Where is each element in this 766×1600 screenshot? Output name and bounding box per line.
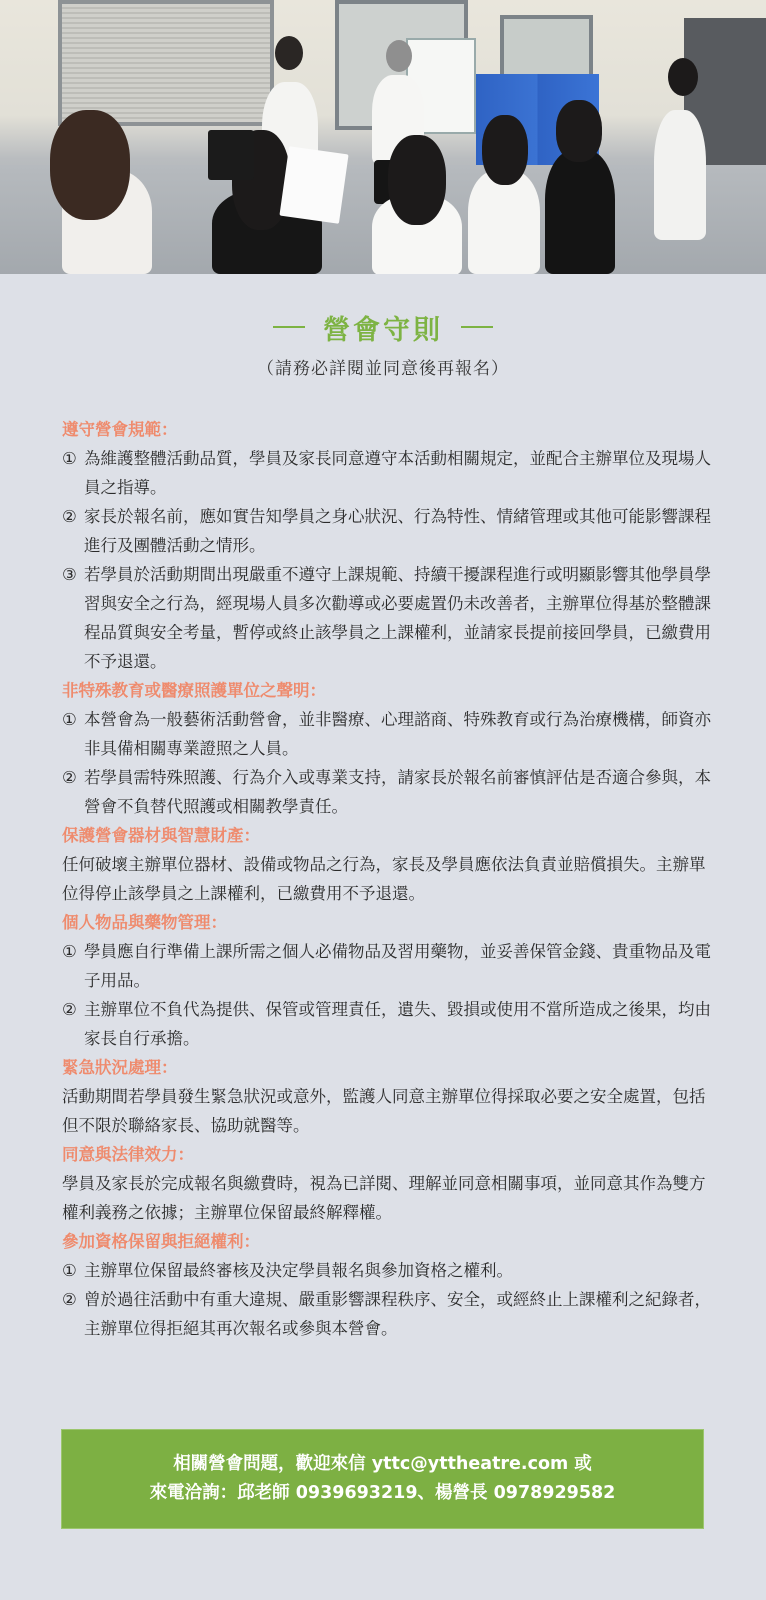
list-item: ② 主辦單位不負代為提供、保管或管理責任，遺失、毀損或使用不當所造成之後果，均由… <box>62 995 712 1053</box>
child-head <box>556 100 602 162</box>
child-figure <box>545 150 615 274</box>
page-subtitle: （請務必詳閱並同意後再報名） <box>0 354 766 379</box>
list-item: ① 學員應自行準備上課所需之個人必備物品及習用藥物，並妥善保管金錢、貴重物品及電… <box>62 937 712 995</box>
child-head <box>388 135 446 225</box>
item-number: ② <box>62 995 84 1053</box>
section-non-medical-statement: 非特殊教育或醫療照護單位之聲明： ① 本營會為一般藝術活動營會，並非醫療、心理諮… <box>62 676 712 821</box>
item-text: 曾於過往活動中有重大違規、嚴重影響課程秩序、安全，或經終止上課權利之紀錄者，主辦… <box>84 1285 712 1343</box>
section-heading: 同意與法律效力： <box>62 1140 712 1169</box>
section-paragraph: 任何破壞主辦單位器材、設備或物品之行為，家長及學員應依法負責並賠償損失。主辦單位… <box>62 850 712 908</box>
section-equipment-protection: 保護營會器材與智慧財產： 任何破壞主辦單位器材、設備或物品之行為，家長及學員應依… <box>62 821 712 908</box>
section-heading: 非特殊教育或醫療照護單位之聲明： <box>62 676 712 705</box>
child-figure <box>468 170 540 274</box>
item-text: 主辦單位不負代為提供、保管或管理責任，遺失、毀損或使用不當所造成之後果，均由家長… <box>84 995 712 1053</box>
section-heading: 個人物品與藥物管理： <box>62 908 712 937</box>
list-item: ① 為維護整體活動品質，學員及家長同意遵守本活動相關規定，並配合主辦單位及現場人… <box>62 444 712 502</box>
item-number: ③ <box>62 560 84 676</box>
section-personal-items: 個人物品與藥物管理： ① 學員應自行準備上課所需之個人必備物品及習用藥物，並妥善… <box>62 908 712 1053</box>
item-number: ② <box>62 763 84 821</box>
instructor-head <box>386 40 412 72</box>
item-text: 若學員於活動期間出現嚴重不遵守上課規範、持續干擾課程進行或明顯影響其他學員學習與… <box>84 560 712 676</box>
item-number: ② <box>62 1285 84 1343</box>
list-item: ③ 若學員於活動期間出現嚴重不遵守上課規範、持續干擾課程進行或明顯影響其他學員學… <box>62 560 712 676</box>
section-heading: 保護營會器材與智慧財產： <box>62 821 712 850</box>
item-number: ① <box>62 1256 84 1285</box>
section-heading: 參加資格保留與拒絕權利： <box>62 1227 712 1256</box>
section-paragraph: 活動期間若學員發生緊急狀況或意外，監護人同意主辦單位得採取必要之安全處置，包括但… <box>62 1082 712 1140</box>
title-dash-left <box>273 326 305 328</box>
item-text: 為維護整體活動品質，學員及家長同意遵守本活動相關規定，並配合主辦單位及現場人員之… <box>84 444 712 502</box>
list-item: ② 若學員需特殊照護、行為介入或專業支持，請家長於報名前審慎評估是否適合參與，本… <box>62 763 712 821</box>
list-item: ① 主辦單位保留最終審核及決定學員報名與參加資格之權利。 <box>62 1256 712 1285</box>
section-heading: 遵守營會規範： <box>62 415 712 444</box>
page-title: 營會守則 <box>273 310 493 344</box>
item-number: ② <box>62 502 84 560</box>
item-number: ① <box>62 705 84 763</box>
contact-line-phone[interactable]: 來電洽詢：邱老師 0939693219、楊營長 0978929582 <box>62 1479 703 1508</box>
page-title-text: 營會守則 <box>323 308 443 347</box>
item-number: ① <box>62 937 84 995</box>
item-text: 主辦單位保留最終審核及決定學員報名與參加資格之權利。 <box>84 1256 712 1285</box>
list-item: ① 本營會為一般藝術活動營會，並非醫療、心理諮商、特殊教育或行為治療機構，師資亦… <box>62 705 712 763</box>
instructor-head <box>275 36 303 70</box>
list-item: ② 家長於報名前，應如實告知學員之身心狀況、行為特性、情緒管理或其他可能影響課程… <box>62 502 712 560</box>
window <box>500 15 593 83</box>
contact-line-email[interactable]: 相關營會問題，歡迎來信 yttc@yttheatre.com 或 <box>62 1450 703 1479</box>
staff-figure <box>654 110 706 240</box>
item-text: 家長於報名前，應如實告知學員之身心狀況、行為特性、情緒管理或其他可能影響課程進行… <box>84 502 712 560</box>
sheet-music <box>279 146 348 224</box>
window-blinds <box>58 0 274 126</box>
title-block: 營會守則 <box>0 310 766 344</box>
item-text: 本營會為一般藝術活動營會，並非醫療、心理諮商、特殊教育或行為治療機構，師資亦非具… <box>84 705 712 763</box>
contact-box: 相關營會問題，歡迎來信 yttc@yttheatre.com 或 來電洽詢：邱老… <box>61 1429 704 1529</box>
title-dash-right <box>461 326 493 328</box>
child-head <box>50 110 130 220</box>
staff-head <box>668 58 698 96</box>
speaker <box>208 130 254 180</box>
child-head <box>482 115 528 185</box>
section-consent: 同意與法律效力： 學員及家長於完成報名與繳費時，視為已詳閱、理解並同意相關事項，… <box>62 1140 712 1227</box>
section-heading: 緊急狀況處理： <box>62 1053 712 1082</box>
list-item: ② 曾於過往活動中有重大違規、嚴重影響課程秩序、安全，或經終止上課權利之紀錄者，… <box>62 1285 712 1343</box>
item-number: ① <box>62 444 84 502</box>
item-text: 學員應自行準備上課所需之個人必備物品及習用藥物，並妥善保管金錢、貴重物品及電子用… <box>84 937 712 995</box>
hero-photo <box>0 0 766 274</box>
section-paragraph: 學員及家長於完成報名與繳費時，視為已詳閱、理解並同意相關事項，並同意其作為雙方權… <box>62 1169 712 1227</box>
section-eligibility: 參加資格保留與拒絕權利： ① 主辦單位保留最終審核及決定學員報名與參加資格之權利… <box>62 1227 712 1343</box>
section-emergency: 緊急狀況處理： 活動期間若學員發生緊急狀況或意外，監護人同意主辦單位得採取必要之… <box>62 1053 712 1140</box>
section-camp-rules: 遵守營會規範： ① 為維護整體活動品質，學員及家長同意遵守本活動相關規定，並配合… <box>62 415 712 676</box>
item-text: 若學員需特殊照護、行為介入或專業支持，請家長於報名前審慎評估是否適合參與，本營會… <box>84 763 712 821</box>
rules-content: 遵守營會規範： ① 為維護整體活動品質，學員及家長同意遵守本活動相關規定，並配合… <box>62 415 712 1343</box>
